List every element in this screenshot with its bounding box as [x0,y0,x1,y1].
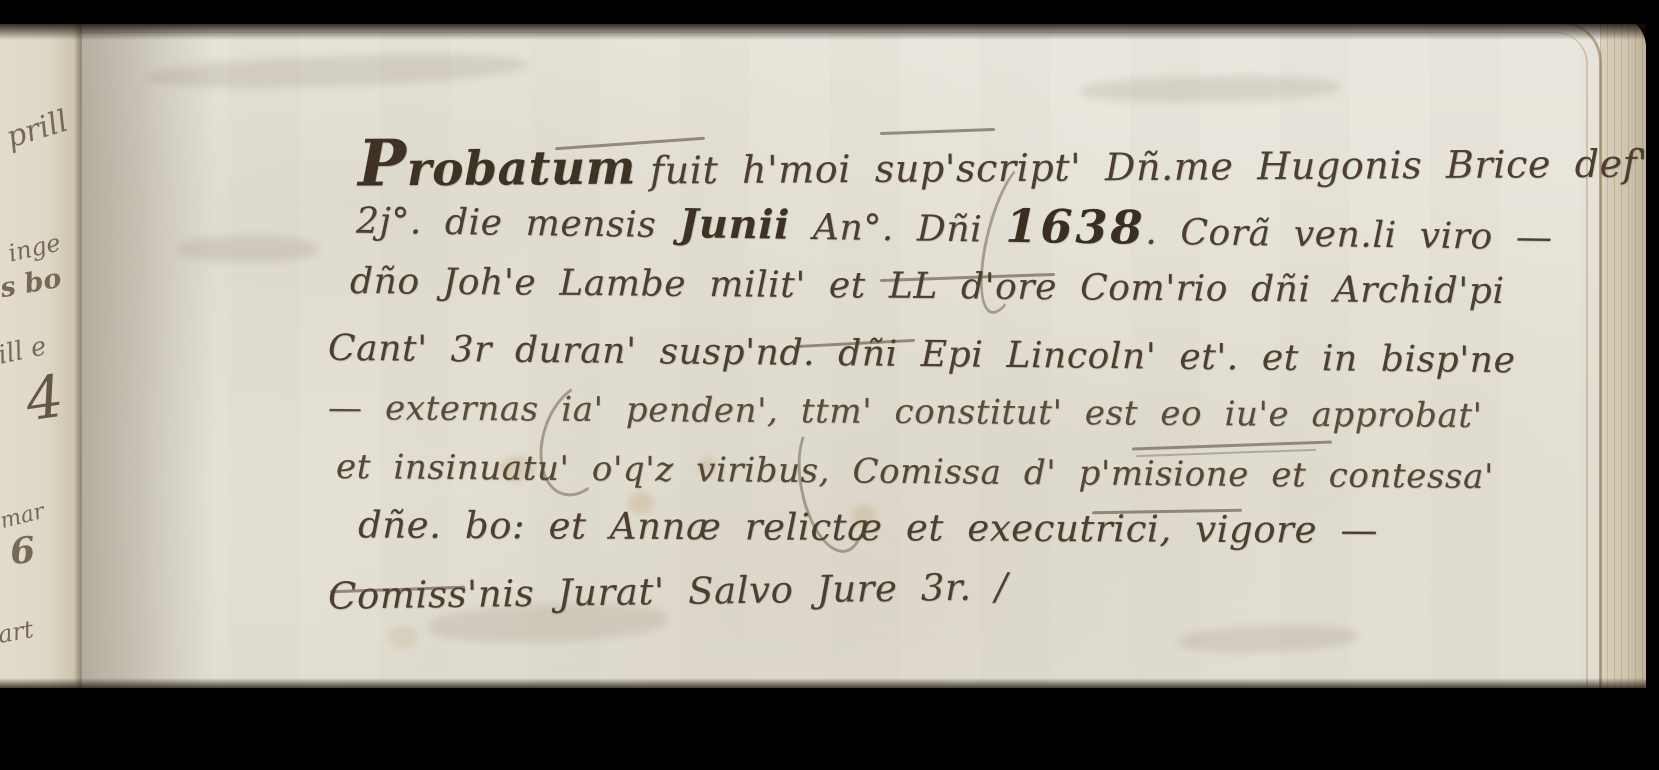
letterbox-bottom [0,688,1659,770]
margin-fragment: art [0,615,36,649]
margin-fragment: s bo [0,263,64,304]
manuscript-year-1638: 1638 [1005,199,1146,255]
letterbox-top [0,0,1659,24]
margin-fragment: 6 [8,529,37,573]
page-edge-stack [1600,14,1646,690]
manuscript-line-2-mid: An°. Dñi [813,207,983,250]
margin-fragment-flourish: 4 [21,362,67,434]
letterbox-right [1646,0,1659,770]
manuscript-page: Probatumfuit h'moi sup'script' Dñ.me Hug… [80,14,1646,690]
manuscript-line-1: Probatumfuit h'moi sup'script' Dñ.me Hug… [358,117,1649,201]
manuscript-line-2-pre: 2j°. die mensis [356,201,657,246]
margin-fragment: inge [6,228,64,267]
ink-bleed-mark [178,236,318,262]
manuscript-line-1-text: fuit h'moi sup'script' Dñ.me Hugonis Bri… [650,141,1649,192]
paper-stain [388,626,418,648]
manuscript-word-month: Junii [679,200,790,249]
manuscript-photo: prill inge s bo ill e 4 mar 6 art Probat… [0,0,1659,770]
adjacent-page-edge: prill inge s bo ill e 4 mar 6 art [0,12,82,692]
manuscript-line-5: — externas ia' penden', ttm' constitut' … [328,388,1483,436]
margin-fragment: prill [2,104,72,156]
manuscript-line-2-post: . Corã ven.li viro — [1145,212,1553,259]
